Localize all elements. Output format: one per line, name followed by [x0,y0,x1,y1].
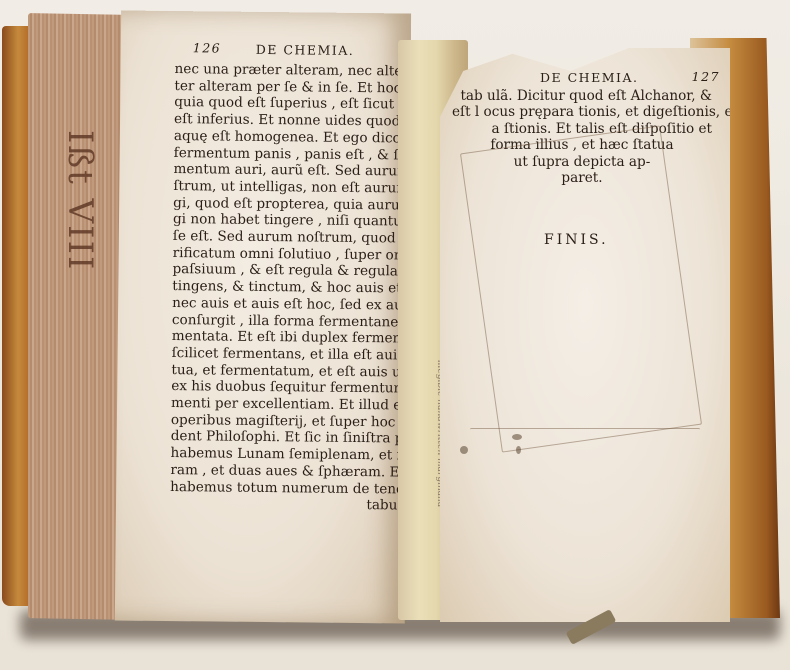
text-line: ſe eſt. Sed aurum noſtrum, quod eſt ue- [173,228,405,247]
page-number-left: 126 [193,40,222,55]
ink-stain [512,434,522,440]
ink-stain [516,446,521,454]
text-line: tab ulã. Dicitur quod eſt Alchanor, & [452,88,712,104]
running-head-title-right: DE CHEMIA. [540,70,638,85]
text-line: ram , et duas aues & ſphæram. Et ſic [170,462,402,481]
catchword: tabu- [170,495,402,514]
text-line: eſt l ocus prępara tionis, et digeſtioni… [452,104,712,120]
ink-stain [460,446,468,454]
fore-edge-handwriting: Ißt VIII [40,130,110,390]
text-line: nec una præter alteram, nec altera præ [175,61,407,80]
text-line: aquę eſt homogenea. Et ego dico quod [174,128,406,147]
text-line: nec auis et auis eſt hoc, ſed ex aue et … [172,295,404,314]
paper-repair-edge [470,428,700,431]
paper-tear [460,125,702,452]
text-line: a ſtionis. Et talis eſt diſpoſitio et [452,121,712,137]
right-running-head: DE CHEMIA. 127 [540,70,720,85]
text-line: menti per excellentiam. Et illud eſt ex [171,395,403,414]
left-page-text: nec una præter alteram, nec altera præ t… [170,61,407,514]
text-line: ſtrum, ut intelligas, non eſt aurum uul- [173,178,405,197]
left-running-head: 126 DE CHEMIA. [201,41,401,43]
page-number-right: 127 [692,69,720,84]
text-line: ſcilicet fermentans, et illa eſt auis mo… [172,345,404,364]
right-page: DE CHEMIA. 127 tab ulã. Dicitur quod eſt… [440,48,730,622]
left-page: 126 DE CHEMIA. nec una præter alteram, n… [115,10,411,623]
text-line: habemus totum numerum de tenente [170,479,402,498]
running-head-title-left: DE CHEMIA. [256,42,355,58]
